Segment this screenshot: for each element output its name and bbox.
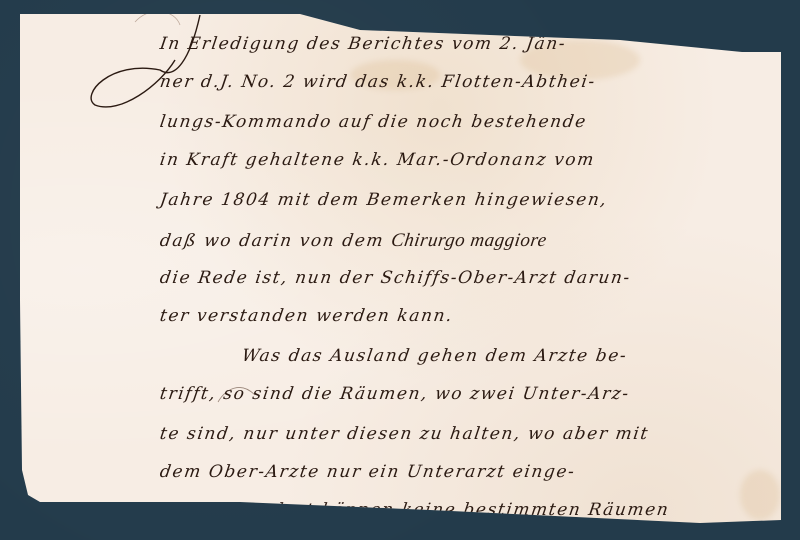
text-line-3: lungs-Kommando auf die noch bestehende [159,112,589,132]
text-line-1: In Erledigung des Berichtes vom 2. Jän- [159,34,568,54]
text-line-5: Jahre 1804 mit dem Bemerken hingewiesen, [159,190,609,210]
latin-phrase-chirurgo-maggiore: Chirurgo maggiore [390,230,548,251]
text-line-12: dem Ober-Arzte nur ein Unterarzt einge- [159,462,577,482]
text-line-6: daß wo darin von dem Chirurgo maggiore [158,230,548,252]
text-line-9-paragraph-start: Was das Ausland gehen dem Arzte be- [241,346,629,366]
text-line-8: ter verstanden werden kann. [159,306,455,326]
text-line-6-german: daß wo darin von dem [159,231,393,251]
paper-stain [740,470,780,520]
text-line-4: in Kraft gehaltene k.k. Mar.-Ordonanz vo… [159,150,597,170]
text-line-2: ner d.J. No. 2 wird das k.k. Flotten-Abt… [159,72,598,92]
text-line-7: die Rede ist, nun der Schiffs-Ober-Arzt … [159,268,633,288]
document-paper: In Erledigung des Berichtes vom 2. Jän- … [0,0,800,540]
text-line-11: te sind, nur unter diesen zu halten, wo … [159,424,651,444]
text-line-10: trifft, so sind die Räumen, wo zwei Unte… [159,384,632,404]
